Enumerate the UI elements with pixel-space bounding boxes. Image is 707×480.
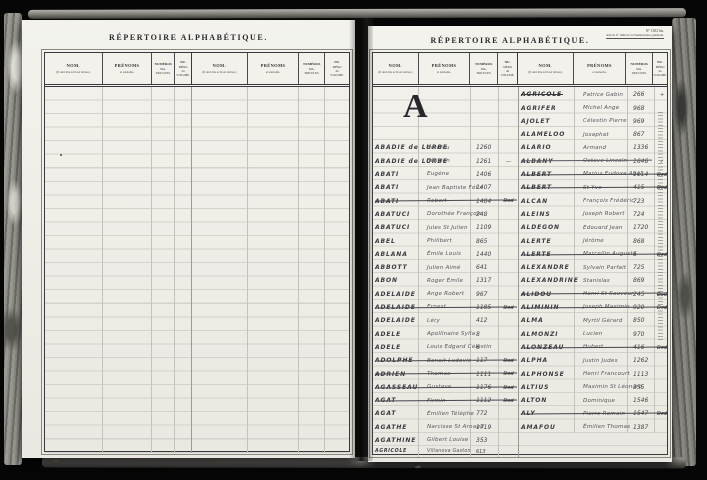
entry-name: AGRICOLE [373, 450, 407, 457]
register-row: AJOLETCélestin Pierre969 [519, 114, 669, 127]
register-cell: 1112 [471, 393, 499, 406]
entry-firstnames: Patrice Gabin [575, 93, 623, 101]
empty-column [45, 87, 103, 453]
register-cell: 1114 [628, 167, 655, 180]
register-cell: 850 [628, 313, 655, 326]
entry-name: ALMA [519, 318, 544, 326]
entry-name: ALIMININ [519, 305, 559, 313]
register-cell: 1176 [471, 380, 499, 393]
register-cell: 970 [628, 326, 655, 339]
entry-matricule-number: 416 [628, 345, 644, 353]
register-row: ALTONDominique1546 [519, 393, 669, 406]
register-row: ADELEApollinaire Sylla8 [373, 326, 519, 339]
entry-name: ALPHA [519, 358, 548, 366]
register-row: AGATHENarcisse St Arnaud1719 [373, 419, 519, 432]
col-header-nom-label: NOM. [539, 63, 552, 70]
entry-firstnames: Jérôme [575, 239, 604, 247]
register-row: ALEINSJoseph Robert724 [519, 207, 669, 220]
register-cell: Robert [419, 193, 471, 206]
register-cell: 1109 [471, 220, 499, 233]
entry-firstnames: Bonifou [419, 146, 450, 154]
register-cell: ALERTE [519, 233, 575, 246]
register-cell: 415 [628, 180, 655, 193]
entry-matricule-number: 1262 [628, 358, 648, 366]
entry-matricule-number: 1176 [471, 385, 491, 393]
entry-firstnames: Émile Louis [419, 252, 461, 260]
entry-firstnames: Myrtil Gérard [575, 319, 622, 327]
register-cell: ABATUCI [373, 207, 419, 220]
register-cell: Benoit Ludovic [419, 353, 471, 366]
entry-firstnames: Émilien Thomas [575, 425, 630, 433]
entry-matricule-number: 1407 [471, 185, 491, 193]
col-header-volume: NU-MÉROduVOLUME. [325, 53, 349, 84]
col-header-volume: NU-MÉROduVOLUME. [498, 53, 518, 84]
entry-name: ADELAIDE [373, 305, 416, 313]
register-cell: AGATHINE [373, 433, 419, 446]
register-row: ABATUCIDorothée François248 [373, 207, 519, 220]
register-cell: 1646 [628, 153, 655, 166]
register-cell: St Yve [575, 180, 628, 193]
entry-name: AGAT [373, 398, 396, 406]
left-page: RÉPERTOIRE ALPHABÉTIQUE. NOM.(Il doit êt… [22, 20, 355, 458]
register-cell: 613 [471, 446, 499, 457]
left-register-table: NOM.(Il doit être écrit en lettres.)PRÉN… [44, 52, 350, 452]
register-row: ALDEGONEdouard Jean1720 [519, 220, 669, 233]
register-cell: Dcd [655, 340, 669, 353]
register-cell: Armand [575, 140, 628, 153]
register-cell: 1185 [471, 300, 499, 313]
register-cell: Dcd [499, 393, 519, 406]
entry-matricule-number: 968 [628, 106, 644, 114]
col-header-numeros-label: TRICULES. [156, 71, 171, 75]
register-row: ALIDOUHenri St Sauveur245Dcd [519, 286, 669, 299]
register-cell: ALBANY [519, 153, 575, 166]
entry-matricule-number: 867 [628, 132, 644, 140]
register-cell: 1406 [471, 167, 499, 180]
entry-firstnames: Roger Émile [419, 279, 463, 287]
entry-name: ALERTE [519, 239, 552, 247]
right-table-header: NOM.(Il doit être écrit en lettres.)PRÉN… [373, 53, 667, 87]
ink-speck [60, 154, 62, 156]
register-row: ALARIOArmand1336 [519, 140, 669, 153]
entry-volume-mark: + [660, 93, 664, 98]
col-header-prenoms-label: PRÉNOMS [432, 63, 457, 70]
col-header-nom-label: NOM. [67, 63, 80, 70]
register-row: ADRIENThomas1111Dcd [373, 366, 519, 379]
register-cell: ABATUCI [373, 220, 419, 233]
register-cell: ABADIE de LURBE [373, 153, 419, 166]
entry-firstnames: François Frédéric [575, 199, 635, 207]
register-cell: ALEXANDRINE [519, 273, 575, 286]
entry-name: AGAT [373, 411, 396, 419]
entry-firstnames: Ernest [419, 305, 446, 313]
entry-name: ALCAN [519, 199, 548, 207]
entry-matricule-number: 1261 [471, 159, 491, 167]
col-header-prenoms-label: PRÉNOMS [261, 63, 286, 70]
register-cell: Villanova Gaston [419, 446, 471, 457]
register-cell [655, 380, 669, 393]
register-cell: ALPHA [519, 353, 575, 366]
register-cell: 353 [471, 433, 499, 446]
register-row: ADELAIDEAnge Robert967 [373, 286, 519, 299]
entry-matricule-number: 245 [628, 292, 644, 300]
entry-matricule-number: 1336 [628, 145, 648, 153]
register-cell: Justin Judes [575, 353, 628, 366]
register-cell: AGASSEAU [373, 380, 419, 393]
register-cell: Dcd [499, 300, 519, 313]
register-cell: 412 [471, 313, 499, 326]
book-gutter-shadow [349, 18, 373, 461]
col-header-volume-label: VOLUME. [176, 73, 190, 77]
scanned-register-spread: RÉPERTOIRE ALPHABÉTIQUE. NOM.(Il doit êt… [0, 0, 707, 480]
entry-matricule-number: 1720 [628, 225, 648, 233]
entry-matricule-number: 969 [628, 119, 644, 127]
entry-firstnames: Henri St Sauveur [575, 292, 634, 300]
register-cell: 724 [628, 207, 655, 220]
entry-firstnames: Robert [419, 199, 447, 207]
entry-firstnames: Émilien Télèphe [419, 412, 474, 420]
register-cell: 641 [471, 260, 499, 273]
entry-matricule-number: 1109 [471, 225, 491, 233]
register-cell [655, 353, 669, 366]
register-cell: AGRIFER [519, 100, 575, 113]
register-cell: ALARIO [519, 140, 575, 153]
entry-firstnames: Pierre Romain [575, 412, 625, 420]
col-header-numeros-label: TRICULES. [632, 71, 647, 75]
entry-firstnames: Stanislas [575, 279, 610, 287]
register-row: ADOLPHEBenoit Ludovic117Dcd [373, 353, 519, 366]
register-row: ABATIJean Baptiste Félix1407 [373, 180, 519, 193]
entry-firstnames: Lucien [575, 332, 602, 340]
register-cell: Bonifou [419, 140, 471, 153]
col-header-volume-label: VOLUME. [330, 73, 344, 77]
entry-volume-mark: Dcd [657, 412, 667, 417]
register-row: ABADIE de LURBEBonifou1260 [373, 140, 519, 153]
register-cell: 868 [628, 233, 655, 246]
register-cell [471, 87, 499, 140]
left-table-header: NOM.(Il doit être écrit en lettres.)PRÉN… [45, 53, 349, 87]
register-cell [655, 366, 669, 379]
register-row: ABONRoger Émile1317 [373, 273, 519, 286]
register-cell: 867 [628, 127, 655, 140]
entry-matricule-number: 353 [471, 438, 487, 446]
register-row: ADELAIDEErnest1185Dcd [373, 300, 519, 313]
register-cell: ADELE [373, 340, 419, 353]
register-row: ABADIE de LURBEFélicien1261— [373, 153, 519, 166]
entry-name: AJOLET [519, 119, 550, 127]
col-header-volume-label: VOLUME. [501, 73, 515, 77]
register-cell: Thomas [419, 366, 471, 379]
entry-matricule-number: 1317 [471, 278, 491, 286]
entry-volume-mark: Dcd [503, 199, 513, 204]
register-row: ALERTEMarcellin Auguste5Dcd [519, 247, 669, 260]
register-cell: ADELAIDE [373, 300, 419, 313]
register-cell: ALAMELOO [519, 127, 575, 140]
register-row: ALCANFrançois Frédéric723 [519, 193, 669, 206]
entry-matricule-number: 1387 [628, 425, 648, 433]
register-cell: Maximin St Léonard [575, 380, 628, 393]
entry-matricule-number: 266 [628, 92, 644, 100]
register-cell: 968 [628, 100, 655, 113]
entry-matricule-number: 725 [628, 265, 644, 273]
register-cell: ABEL [373, 233, 419, 246]
register-cell: Dcd [655, 406, 669, 419]
register-cell [499, 286, 519, 299]
register-cell: ALY [519, 406, 575, 419]
entry-matricule-number: 868 [628, 239, 644, 247]
entry-firstnames: Jules St Julien [419, 226, 468, 234]
register-row: ALERTEJérôme868 [519, 233, 669, 246]
entry-volume-mark: Dcd [503, 306, 513, 311]
entry-matricule-number: 1547 [628, 411, 648, 419]
register-cell: ALIMININ [519, 300, 575, 313]
entry-name: ALEXANDRINE [519, 278, 579, 286]
entry-name: ABATUCI [373, 212, 410, 220]
entry-name: ADELE [373, 332, 401, 340]
entry-matricule-number: 355 [628, 385, 644, 393]
register-cell [499, 207, 519, 220]
register-cell: ALBERT [519, 180, 575, 193]
register-cell [499, 140, 519, 153]
register-cell: 248 [471, 207, 499, 220]
register-cell [499, 326, 519, 339]
register-cell: Narcisse St Arnaud [419, 419, 471, 432]
register-cell: Ange Robert [419, 286, 471, 299]
entry-firstnames: Michel Ange [575, 106, 619, 114]
register-cell: Hubert [575, 340, 628, 353]
register-cell [499, 220, 519, 233]
form-note-line2: Article n° 1846 de la Nomenclature génér… [606, 33, 664, 39]
col-header-prenoms: PRÉNOMSet surnoms. [419, 53, 471, 84]
empty-column [192, 87, 248, 453]
entry-matricule-number: 613 [471, 450, 486, 457]
register-row: ABATIRobert1404Dcd [373, 193, 519, 206]
register-cell: ADELAIDE [373, 286, 419, 299]
register-cell: AGAT [373, 393, 419, 406]
register-cell [499, 180, 519, 193]
entry-matricule-number: 1719 [471, 425, 491, 433]
register-cell: 5 [628, 247, 655, 260]
entry-name: ABBOTT [373, 265, 408, 273]
register-cell: Marius Eudoxe Abel [575, 167, 628, 180]
register-cell [499, 87, 519, 140]
entry-firstnames: Dominique [575, 399, 615, 407]
register-cell: ALPHONSE [519, 366, 575, 379]
register-cell: Louis Edgard Célestin [419, 340, 471, 353]
entry-matricule-number: 412 [471, 318, 487, 326]
entry-volume-mark: Dcd [503, 399, 513, 404]
entry-firstnames: Hubert [575, 345, 603, 353]
register-cell: 6 [471, 340, 499, 353]
entry-firstnames: Félicien [419, 159, 450, 167]
register-cell: ALMA [519, 313, 575, 326]
register-cell: 1113 [628, 366, 655, 379]
entry-name: ADELAIDE [373, 292, 416, 300]
register-cell: Henri Francourt [575, 366, 628, 379]
left-table-body-empty [45, 87, 349, 453]
register-cell: Myrtil Gérard [575, 313, 628, 326]
entry-name: ADRIEN [373, 372, 406, 380]
entry-matricule-number: 865 [471, 239, 487, 247]
entry-name: ADOLPHE [373, 358, 413, 366]
register-cell: ALONZEAU [519, 340, 575, 353]
entry-name: AMAFOU [519, 425, 556, 433]
empty-column [325, 87, 349, 453]
register-cell: 1440 [471, 247, 499, 260]
right-table-body: AABADIE de LURBEBonifou1260ABADIE de LUR… [373, 87, 667, 456]
register-cell [499, 419, 519, 432]
register-cell: Roger Émile [419, 273, 471, 286]
col-header-volume: NU-MÉROduVOLUME. [175, 53, 192, 84]
entry-matricule-number: 1113 [628, 372, 648, 380]
entry-name: ALPHONSE [519, 372, 565, 380]
register-cell [499, 446, 519, 457]
register-row: ABLANAÉmile Louis1440 [373, 247, 519, 260]
register-row: ALPHAJustin Judes1262 [519, 353, 669, 366]
entry-firstnames: Sylvain Parfait [575, 266, 626, 274]
register-cell: AGRICOLE [373, 446, 419, 457]
register-row: ALBERTSt Yve415Dcd [519, 180, 669, 193]
entry-matricule-number: 967 [471, 292, 487, 300]
register-cell: AJOLET [519, 114, 575, 127]
empty-column [175, 87, 192, 453]
register-cell: AGAT [373, 406, 419, 419]
entry-name: ADELE [373, 345, 401, 353]
register-cell: Léry [419, 313, 471, 326]
register-cell: ABATI [373, 193, 419, 206]
empty-column [248, 87, 300, 453]
vertical-archive-stamp [658, 112, 663, 340]
entry-firstnames: Joseph Robert [575, 212, 625, 220]
entry-matricule-number: 1112 [471, 398, 491, 406]
entry-volume-mark: Dcd [503, 359, 513, 364]
entry-matricule-number: 920 [628, 305, 644, 313]
register-row: ABATUCIJules St Julien1109 [373, 220, 519, 233]
col-header-numeros: NUMÉROSMA-TRICULES. [626, 53, 653, 84]
register-cell: Dominique [575, 393, 628, 406]
entry-name: AGATHE [373, 425, 407, 433]
register-row: ALAMELOOJosaphat867 [519, 127, 669, 140]
entry-matricule-number: 1114 [628, 172, 648, 180]
register-cell: 1111 [471, 366, 499, 379]
register-row: AMAFOUÉmilien Thomas1387 [519, 419, 669, 432]
register-cell: Edouard Jean [575, 220, 628, 233]
register-row: ALIMININJoseph Maximin920Dcd [519, 300, 669, 313]
col-header-nom-label: (Il doit être écrit en lettres.) [528, 70, 562, 74]
entry-name: ABATI [373, 199, 399, 207]
entry-matricule-number: 869 [628, 278, 644, 286]
register-row: ALEXANDRESylvain Parfait725 [519, 260, 669, 273]
register-cell: ALDEGON [519, 220, 575, 233]
register-row: AGRIFERMichel Ange968 [519, 100, 669, 113]
entry-firstnames: Célestin Pierre [575, 119, 627, 127]
register-cell: AGATHE [373, 419, 419, 432]
register-cell [655, 393, 669, 406]
register-cell: Félicien [419, 153, 471, 166]
entry-firstnames: Octave Lincoln [575, 159, 627, 167]
entry-volume-mark: — [506, 160, 511, 165]
col-header-numeros: NUMÉROSMA-TRICULES. [299, 53, 325, 84]
entry-name: ALAMELOO [519, 132, 565, 140]
entry-matricule-number: 117 [471, 358, 487, 366]
entry-matricule-number: 641 [471, 265, 487, 273]
register-cell: ABATI [373, 180, 419, 193]
entry-name: ALBERT [519, 172, 552, 180]
register-cell [499, 233, 519, 246]
right-register-table: NOM.(Il doit être écrit en lettres.)PRÉN… [372, 52, 668, 455]
right-page: RÉPERTOIRE ALPHABÉTIQUE. N° 1302 bis. Ar… [368, 26, 672, 462]
register-cell: Dorothée François [419, 207, 471, 220]
entry-name: ALEXANDRE [519, 265, 570, 273]
col-header-prenoms: PRÉNOMSet surnoms. [103, 53, 153, 84]
col-header-volume: NU-MÉROduVOLUME. [653, 53, 667, 84]
register-cell: Henri St Sauveur [575, 286, 628, 299]
register-cell: Octave Lincoln [575, 153, 628, 166]
empty-column [152, 87, 175, 453]
register-cell: 1719 [471, 419, 499, 432]
register-cell: 1404 [471, 193, 499, 206]
register-row: ALPHONSEHenri Francourt1113 [519, 366, 669, 379]
register-cell: 1336 [628, 140, 655, 153]
entry-name: ALDEGON [519, 225, 560, 233]
register-cell: Michel Ange [575, 100, 628, 113]
entry-name: ALMONZI [519, 332, 558, 340]
register-cell: ALIDOU [519, 286, 575, 299]
entry-name: ALTIUS [519, 385, 549, 393]
register-cell: Dcd [499, 366, 519, 379]
entry-firstnames: St Yve [575, 186, 602, 194]
register-cell: — [499, 153, 519, 166]
col-header-numeros: NUMÉROSMA-TRICULES. [470, 53, 498, 84]
entry-name: ABATUCI [373, 225, 410, 233]
entry-matricule-number: 415 [628, 185, 644, 193]
register-row: ALBANYOctave Lincoln1646✓ [519, 153, 669, 166]
register-cell: 865 [471, 233, 499, 246]
register-cell: ABBOTT [373, 260, 419, 273]
entry-firstnames: Gustave [419, 385, 452, 393]
register-cell: Sylvain Parfait [575, 260, 628, 273]
register-cell: Eugène [419, 167, 471, 180]
entry-name: AGASSEAU [373, 385, 418, 393]
register-cell: Émile Louis [419, 247, 471, 260]
register-row: AGATFirmin1112Dcd [373, 393, 519, 406]
col-header-numeros-label: TRICULES. [304, 71, 319, 75]
register-row: ALONZEAUHubert416Dcd [519, 340, 669, 353]
register-row: AGATHINEGilbert Louise353 [373, 433, 519, 446]
register-cell: 1317 [471, 273, 499, 286]
register-cell [499, 313, 519, 326]
register-cell [499, 433, 519, 446]
section-letter-block: A [373, 87, 519, 140]
register-cell: Gilbert Louise [419, 433, 471, 446]
register-cell: ALEINS [519, 207, 575, 220]
register-cell: 772 [471, 406, 499, 419]
entry-volume-mark: Dcd [503, 372, 513, 377]
ink-speck [55, 460, 57, 462]
register-row: ALMONZILucien970 [519, 326, 669, 339]
register-row: ABATIEugène1406 [373, 167, 519, 180]
entry-matricule-number: 1440 [471, 252, 491, 260]
register-cell: ADRIEN [373, 366, 419, 379]
register-cell: Philibert [419, 233, 471, 246]
register-cell [499, 167, 519, 180]
register-cell: Joseph Robert [575, 207, 628, 220]
entry-firstnames: Josaphat [575, 133, 609, 141]
register-cell: 117 [471, 353, 499, 366]
col-header-nom-label: NOM. [389, 63, 402, 70]
col-header-volume-label: VOLUME. [653, 73, 667, 77]
left-page-title: RÉPERTOIRE ALPHABÉTIQUE. [32, 33, 345, 42]
